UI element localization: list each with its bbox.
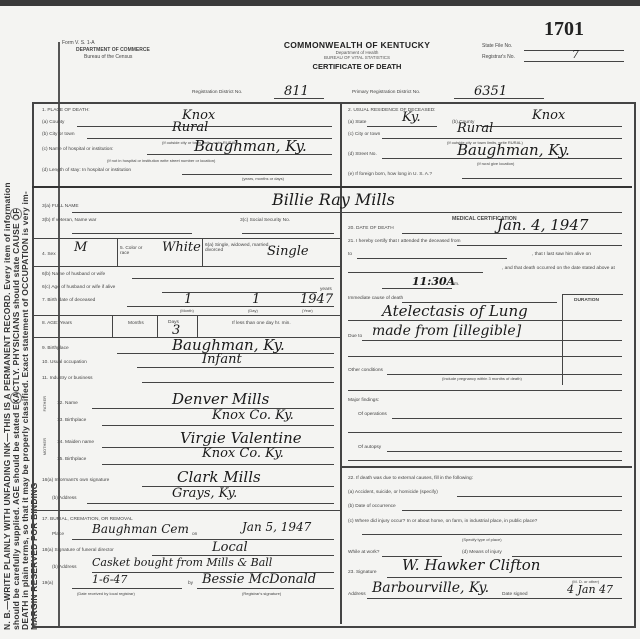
mother-birthplace: Knox Co. Ky.	[202, 446, 284, 461]
res-county: Knox	[532, 108, 565, 123]
external-causes-label: 22. If death was due to external causes,…	[348, 476, 473, 481]
funeral-director-label: 18(a) Signature of funeral director	[42, 548, 114, 553]
findings-label: Major findings:	[348, 398, 379, 403]
immediate-cause: Atelectasis of Lung	[382, 302, 528, 320]
time-suffix: m.	[454, 282, 459, 287]
header-left: Form V. S. 1-A DEPARTMENT OF COMMERCE Bu…	[62, 40, 150, 61]
registrar-number: 7	[572, 48, 579, 61]
res-state-label: (a) State	[348, 120, 366, 125]
foreign-label: (e) If foreign born, how long in U. S. A…	[348, 172, 432, 177]
autopsy-label: Of autopsy	[358, 445, 381, 450]
father-birthplace-label: 13. Birthplace	[57, 418, 86, 423]
sex-value: M	[74, 240, 87, 255]
reg-district-number: 811	[284, 84, 309, 99]
burial-address: Casket bought from Mills & Ball	[92, 556, 272, 569]
physician-signature: W. Hawker Clifton	[402, 556, 540, 574]
death-place-hospital: Baughman, Ky.	[194, 137, 307, 155]
residence-heading: 2. USUAL RESIDENCE OF DECEASED:	[348, 108, 436, 113]
physician-signature-label: 23. Signature	[348, 570, 377, 575]
registrar-label: Registrar's No.	[482, 54, 515, 60]
month-note: (Month)	[180, 308, 194, 313]
registrar-signature: Bessie McDonald	[202, 572, 316, 587]
res-city: Rural	[457, 121, 493, 136]
operations-label: Of operations	[358, 412, 387, 417]
physician-address: Barbourville, Ky.	[372, 580, 489, 596]
veteran-label: 3(b) If veteran, Name war	[42, 218, 96, 223]
birth-month: 1	[184, 292, 192, 307]
immediate-cause-label: Immediate cause of death	[348, 296, 403, 301]
file-number-stamp: 1701	[544, 18, 584, 41]
sex-label: 4. Sex	[42, 252, 56, 257]
reg-district-label: Registration District No.	[192, 90, 242, 95]
primary-station-number: 6351	[474, 84, 507, 99]
margin-instructions: N. B.—WRITE PLAINLY WITH UNFADING INK—TH…	[2, 40, 36, 630]
birth-date-label: 7. Birth date of deceased	[42, 298, 95, 303]
filed-note: (Date received by local registrar)	[77, 591, 135, 596]
column-divider	[340, 104, 342, 624]
occupation-value: Infant	[202, 352, 242, 367]
to-label: to	[348, 252, 352, 257]
father-name-label: 12. Name	[57, 401, 78, 406]
filed-date: 1-6-47	[92, 573, 127, 586]
age-label: 8. AGE: Years	[42, 321, 72, 326]
last-saw-label: , that I last saw him alive on	[532, 252, 591, 257]
mother-maiden-name: Virgie Valentine	[180, 429, 302, 447]
accident-label: (a) Accident, suicide, or homicide (spec…	[348, 490, 438, 495]
death-city: Rural	[172, 120, 208, 135]
where-injury-label: (c) Where did injury occur? In or about …	[348, 518, 623, 526]
burial-on-label: on	[192, 532, 197, 537]
time-of-death: 11:30A	[412, 275, 455, 288]
father-name: Denver Mills	[172, 390, 269, 408]
department: DEPARTMENT OF COMMERCE	[76, 47, 150, 54]
year-note: (Year)	[302, 308, 313, 313]
burial-address-label: (b) Address	[52, 565, 77, 570]
other-conditions-label: Other conditions	[348, 368, 383, 373]
birth-year: 1947	[300, 292, 333, 307]
means-label: (d) Means of injury	[462, 550, 502, 555]
spouse-label: 6(b) Name of husband or wife	[42, 272, 105, 277]
county-label: (a) County	[42, 120, 64, 125]
other-note: (Include pregnancy within 3 months of de…	[442, 376, 522, 381]
stay-label: (d) Length of stay: In hospital or insti…	[42, 168, 131, 173]
full-name-label: 3(a) FULL NAME	[42, 204, 79, 209]
race-label: 5. Color or race	[120, 246, 150, 256]
hospital-label: (c) Name of hospital or institution:	[42, 147, 113, 152]
industry-label: 11. Industry or business	[42, 376, 93, 381]
day-note: (Day)	[248, 308, 258, 313]
informant-address-label: (b) Address	[52, 496, 77, 501]
date-of-death-label: 20. DATE OF DEATH	[348, 226, 394, 231]
primary-station-label: Primary Registration District No.	[352, 90, 420, 95]
by-label: by	[188, 581, 193, 586]
father-birthplace: Knox Co. Ky.	[212, 408, 294, 423]
filed-label: 19(a)	[42, 581, 53, 586]
less-day-label: If less than one day hr. min.	[232, 321, 332, 326]
date-signed: 4 Jan 47	[567, 583, 613, 596]
mother-name-label: 14. Maiden name	[57, 440, 94, 445]
marital-value: Single	[267, 244, 309, 259]
bureau: Bureau of the Census	[84, 54, 150, 61]
birth-day: 1	[252, 292, 260, 307]
physician-address-label: Address	[348, 592, 366, 597]
date-of-death: Jan. 4, 1947	[497, 216, 588, 234]
attendance-cert-label: 21. I hereby certify that I attended the…	[348, 239, 461, 244]
informant-address: Grays, Ky.	[172, 486, 237, 501]
burial-place-label: Place	[52, 532, 64, 537]
res-street-label: (d) Street No.	[348, 152, 377, 157]
res-street: Baughman, Ky.	[457, 141, 570, 159]
death-certificate: Form V. S. 1-A DEPARTMENT OF COMMERCE Bu…	[62, 40, 634, 628]
commonwealth-title: COMMONWEALTH OF KENTUCKY	[257, 40, 457, 50]
punch-hole-icon	[10, 392, 22, 404]
deceased-full-name: Billie Ray Mills	[272, 190, 395, 209]
date-signed-label: Date signed	[502, 592, 528, 597]
punch-hole-icon	[10, 208, 22, 220]
ssn-label: 3(c) Social Security No.	[240, 218, 290, 223]
res-state: Ky.	[402, 110, 421, 125]
bureau-vital: BUREAU OF VITAL STATISTICS	[257, 55, 457, 60]
while-work-label: While at work?	[348, 550, 379, 555]
header-center: COMMONWEALTH OF KENTUCKY Department of H…	[257, 40, 457, 71]
stay-note: (years, months or days)	[242, 176, 284, 181]
burial-date: Jan 5, 1947	[242, 520, 311, 534]
state-file-label: State File No.	[482, 43, 512, 49]
certificate-title: CERTIFICATE OF DEATH	[257, 62, 457, 71]
form-number: Form V. S. 1-A	[62, 40, 150, 47]
registrar-note: (Registrar's signature)	[242, 591, 281, 596]
mother-group-label: MOTHER	[42, 438, 47, 455]
informant-label: 16(a) Informant's own signature	[42, 478, 109, 483]
informant-signature: Clark Mills	[177, 468, 261, 486]
race-value: White	[162, 240, 201, 255]
months-label: Months	[128, 321, 144, 326]
occurred-label: , and that death occurred on the date st…	[502, 266, 615, 271]
birthplace-label: 9. Birthplace	[42, 346, 69, 351]
burial-place: Baughman Cem	[92, 522, 189, 536]
due-to-cause: made from [illegible]	[372, 323, 521, 339]
mother-birthplace-label: 15. Birthplace	[57, 457, 86, 462]
specify-label: (Specify type of place)	[462, 537, 502, 542]
city-label: (b) City or town	[42, 132, 75, 137]
scan-edge	[0, 0, 640, 6]
due-to-label: Due to	[348, 334, 362, 339]
res-street-note: (If rural give location)	[477, 161, 514, 166]
father-group-label: FATHER	[42, 396, 47, 411]
res-city-label: (c) City or town	[348, 132, 380, 137]
occurrence-label: (b) Date of occurrence	[348, 504, 396, 509]
occupation-label: 10. Usual occupation	[42, 360, 87, 365]
funeral-director: Local	[212, 540, 248, 555]
place-of-death-heading: 1. PLACE OF DEATH:	[42, 108, 90, 113]
duration-label: DURATION	[574, 298, 599, 303]
spouse-age-label: 6(c) Age of husband or wife if alive	[42, 285, 115, 290]
form-frame	[32, 102, 636, 628]
marital-label: 6(a) Single, widowed, married, divorced	[205, 243, 275, 253]
hospital-note: (If not in hospital or institution write…	[107, 158, 215, 163]
